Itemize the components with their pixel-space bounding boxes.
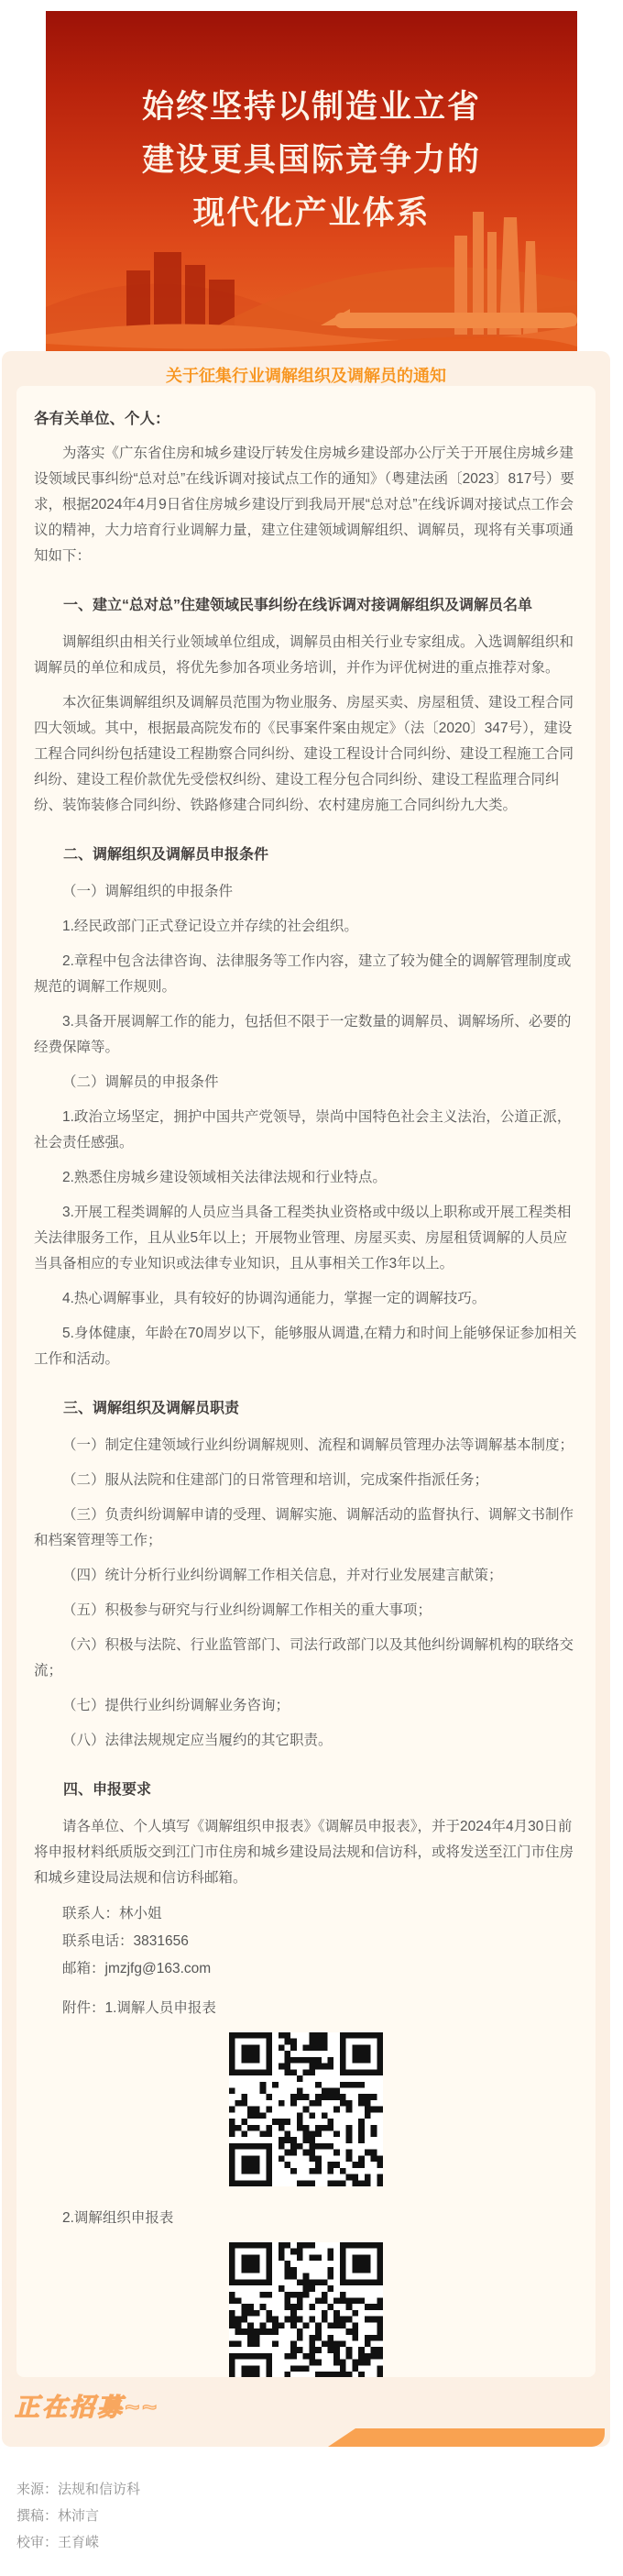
paragraph: （三）负责纠纷调解申请的受理、调解实施、调解活动的监督执行、调解文书制作和档案管…	[34, 1503, 578, 1554]
paragraph: 本次征集调解组织及调解员范围为物业服务、房屋买卖、房屋租赁、建设工程合同四大领域…	[34, 690, 578, 819]
section-heading: 三、调解组织及调解员职责	[34, 1396, 578, 1422]
recruiting-watermark: 正在招募~~	[15, 2387, 159, 2423]
paragraph: （六）积极与法院、行业监管部门、司法行政部门以及其他纠纷调解机构的联络交流；	[34, 1633, 578, 1684]
article-title: 关于征集行业调解组织及调解员的通知	[2, 351, 610, 387]
paragraph: 附件：1.调解人员申报表	[34, 1996, 578, 2021]
paragraph: 为落实《广东省住房和城乡建设厅转发住房城乡建设部办公厅关于开展住房城乡建设领域民…	[34, 441, 578, 569]
paragraph: 2.章程中包含法律咨询、法律服务等工作内容，建立了较为健全的调解管理制度或规范的…	[34, 949, 578, 1000]
article-card: 关于征集行业调解组织及调解员的通知 各有关单位、个人： 为落实《广东省住房和城乡…	[2, 351, 610, 2447]
qr-code-organization-application-form	[34, 2240, 578, 2377]
banner-slogan-line-3: 现代化产业体系	[46, 187, 577, 240]
banner-slogan-line-2: 建设更具国际竞争力的	[46, 134, 577, 187]
qr-code-mediator-application-form	[34, 2031, 578, 2193]
paragraph: （四）统计分析行业纠纷调解工作相关信息，并对行业发展建言献策；	[34, 1563, 578, 1589]
paragraph: 1.经民政部门正式登记设立并存续的社会组织。	[34, 914, 578, 940]
paragraph: （八）法律法规规定应当履约的其它职责。	[34, 1728, 578, 1754]
paragraph: 5.身体健康，年龄在70周岁以下，能够服从调遣,在精力和时间上能够保证参加相关工…	[34, 1321, 578, 1372]
footer-reviewer: 校审：王育嵘	[16, 2529, 140, 2556]
paragraph: 联系人：林小姐	[34, 1900, 578, 1928]
salutation: 各有关单位、个人：	[34, 406, 578, 428]
paragraph: 联系电话：3831656	[34, 1928, 578, 1955]
footer-author: 撰稿：林沛言	[16, 2503, 140, 2529]
paragraph: 3.具备开展调解工作的能力，包括但不限于一定数量的调解员、调解场所、必要的经费保…	[34, 1009, 578, 1061]
paragraph: （一）调解组织的申报条件	[34, 879, 578, 905]
paragraph: 1.政治立场坚定，拥护中国共产党领导，崇尚中国特色社会主义法治，公道正派，社会责…	[34, 1105, 578, 1156]
paragraph: （二）服从法院和住建部门的日常管理和培训，完成案件指派任务；	[34, 1468, 578, 1493]
paragraph: 2.调解组织申报表	[34, 2206, 578, 2231]
section-heading: 一、建立“总对总”住建领域民事纠纷在线诉调对接调解组织及调解员名单	[34, 593, 578, 619]
section-heading: 二、调解组织及调解员申报条件	[34, 842, 578, 868]
paragraph: （七）提供行业纠纷调解业务咨询；	[34, 1693, 578, 1719]
header-banner: 始终坚持以制造业立省 建设更具国际竞争力的 现代化产业体系	[46, 11, 577, 353]
paragraph: 请各单位、个人填写《调解组织申报表》《调解员申报表》，并于2024年4月30日前…	[34, 1814, 578, 1891]
section-heading: 四、申报要求	[34, 1778, 578, 1803]
ribbon-decoration	[328, 2428, 605, 2447]
paragraph: 2.熟悉住房城乡建设领域相关法律法规和行业特点。	[34, 1165, 578, 1191]
article-footer: 来源：法规和信访科 撰稿：林沛言 校审：王育嵘	[16, 2476, 140, 2556]
paragraph: （二）调解员的申报条件	[34, 1070, 578, 1095]
paragraph: 4.热心调解事业，具有较好的协调沟通能力，掌握一定的调解技巧。	[34, 1286, 578, 1312]
paragraph: 3.开展工程类调解的人员应当具备工程类执业资格或中级以上职称或开展工程类相关法律…	[34, 1200, 578, 1277]
paragraph: 调解组织由相关行业领域单位组成，调解员由相关行业专家组成。入选调解组织和调解员的…	[34, 630, 578, 681]
paragraph: （五）积极参与研究与行业纠纷调解工作相关的重大事项；	[34, 1598, 578, 1624]
banner-slogan-line-1: 始终坚持以制造业立省	[46, 81, 577, 134]
footer-source: 来源：法规和信访科	[16, 2476, 140, 2503]
page-root: 始终坚持以制造业立省 建设更具国际竞争力的 现代化产业体系 关于征集行业调解组织…	[0, 0, 623, 2576]
article-inner-card: 各有关单位、个人： 为落实《广东省住房和城乡建设厅转发住房城乡建设部办公厅关于开…	[16, 386, 596, 2377]
paragraph: （一）制定住建领域行业纠纷调解规则、流程和调解员管理办法等调解基本制度；	[34, 1433, 578, 1459]
banner-slogan: 始终坚持以制造业立省 建设更具国际竞争力的 现代化产业体系	[46, 81, 577, 240]
paragraph: 邮箱：jmzjfg@163.com	[34, 1955, 578, 1983]
article-blocks: 为落实《广东省住房和城乡建设厅转发住房城乡建设部办公厅关于开展住房城乡建设领域民…	[34, 441, 578, 2377]
